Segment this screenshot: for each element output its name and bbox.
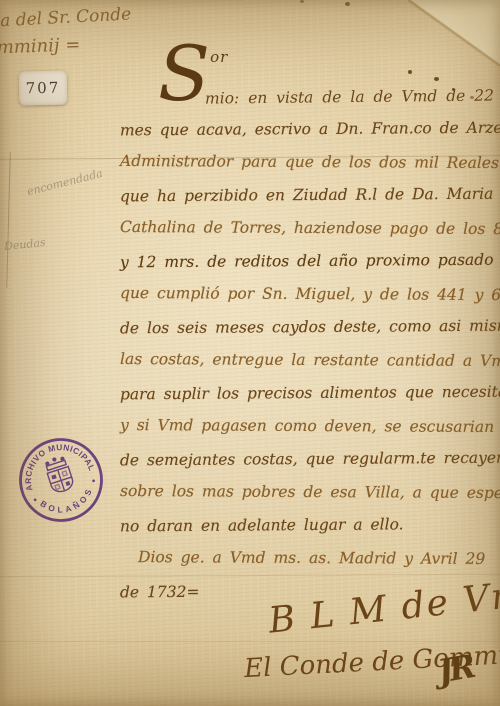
header-note: ta del Sr. Conde mminij = — [0, 4, 133, 59]
manuscript-line: Administrador para que de los dos mil Re… — [120, 152, 500, 187]
fold-crease — [0, 641, 500, 642]
manuscript-line: que ha perzibido en Ziudad R.l de Da. Ma… — [120, 185, 500, 221]
manuscript-line: no daran en adelante lugar a ello. — [120, 515, 500, 551]
manuscript-line: sobre los mas pobres de esa Villa, a que… — [120, 482, 500, 517]
manuscript-line: las costas, entregue la restante cantida… — [120, 350, 500, 385]
ink-speck — [434, 77, 439, 81]
pencil-note-1: encomendada — [26, 167, 104, 198]
header-note-line2: mminij = — [0, 33, 133, 59]
manuscript-line: que cumplió por Sn. Miguel, y de los 441… — [120, 284, 500, 319]
manuscript-line: mes que acava, escrivo a Dn. Fran.co de … — [120, 119, 500, 155]
salutation-initial: S — [158, 29, 210, 118]
salutation-superscript: or — [210, 48, 228, 66]
stamp-separator-dot: • — [91, 476, 98, 488]
ink-speck — [300, 0, 304, 3]
manuscript-line: Dios ge. a Vmd ms. as. Madrid y Avril 29 — [120, 548, 500, 583]
ink-speck — [345, 2, 350, 6]
signature-rubric: JR — [435, 647, 475, 690]
manuscript-line: mio: en vista de la de Vmd de 22 del — [205, 86, 500, 107]
manuscript-page: ta del Sr. Conde mminij = 707 encomendad… — [0, 0, 500, 706]
manuscript-line: para suplir los precisos alimentos que n… — [120, 383, 500, 419]
coat-of-arms-icon — [43, 455, 75, 495]
manuscript-line: y si Vmd pagasen como deven, se escusari… — [120, 416, 500, 451]
archive-number-label: 707 — [19, 71, 68, 106]
manuscript-line: Cathalina de Torres, haziendose pago de … — [120, 218, 500, 253]
manuscript-line: de semejantes costas, que regularm.te re… — [120, 449, 500, 485]
archive-stamp: ARCHIVO MUNICIPAL BOLAÑOS • • — [6, 425, 117, 536]
archive-number: 707 — [26, 79, 61, 98]
ink-speck — [408, 70, 412, 74]
corner-fold — [408, 0, 500, 66]
manuscript-line: de los seis meses caydos deste, como asi… — [120, 317, 500, 353]
pencil-note-2: Deudas — [3, 236, 46, 253]
manuscript-body: mes que acava, escrivo a Dn. Fran.co de … — [120, 120, 500, 615]
margin-crease — [6, 152, 11, 288]
header-note-line1: ta del Sr. Conde — [0, 4, 132, 31]
manuscript-line: y 12 mrs. de reditos del año proximo pas… — [120, 251, 500, 287]
stamp-separator-dot: • — [32, 495, 39, 507]
